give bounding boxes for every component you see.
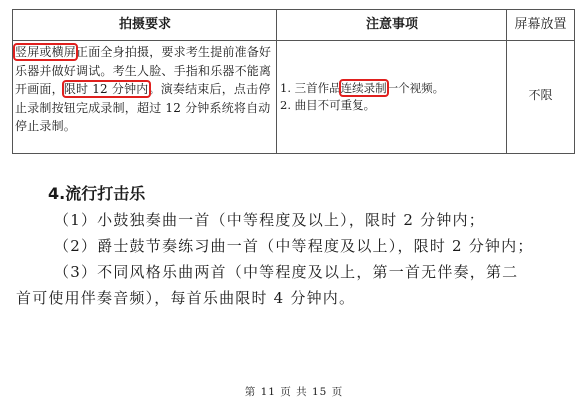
section-item-3: （3）不同风格乐曲两首（中等程度及以上，第一首无伴奏，第二 [16, 259, 586, 285]
highlight-orientation: 竖屏或横屏 [15, 45, 76, 59]
header-shooting-requirements: 拍摄要求 [13, 10, 277, 40]
section-title: 4.流行打击乐 [48, 181, 145, 204]
shooting-requirements-cell: 竖屏或横屏正面全身拍摄，要求考生提前准备好乐器并做好调试。考生人脸、手指和乐器不… [15, 43, 277, 136]
requirements-table: 拍摄要求 注意事项 屏幕放置 竖屏或横屏正面全身拍摄，要求考生提前准备好乐器并做… [12, 9, 575, 154]
section-item-2: （2）爵士鼓节奏练习曲一首（中等程度及以上），限时 2 分钟内； [16, 233, 586, 259]
highlight-continuous-recording: 连续录制 [341, 81, 387, 95]
header-notes: 注意事项 [277, 10, 507, 40]
highlight-time-limit: 限时 12 分钟内 [64, 82, 149, 96]
screen-placement-cell: 不限 [507, 86, 574, 103]
note-item-2: 2. 曲目不可重复。 [280, 97, 505, 114]
section-item-1: （1）小鼓独奏曲一首（中等程度及以上），限时 2 分钟内； [16, 207, 586, 233]
header-screen-placement: 屏幕放置 [507, 10, 574, 40]
notes-cell: 1. 三首作品连续录制一个视频。 2. 曲目不可重复。 [280, 80, 505, 114]
page-footer: 第 11 页 共 15 页 [0, 384, 588, 399]
section-item-3-continued: 首可使用伴奏音频），每首乐曲限时 4 分钟内。 [16, 285, 586, 311]
note-item-1: 1. 三首作品连续录制一个视频。 [280, 80, 505, 97]
